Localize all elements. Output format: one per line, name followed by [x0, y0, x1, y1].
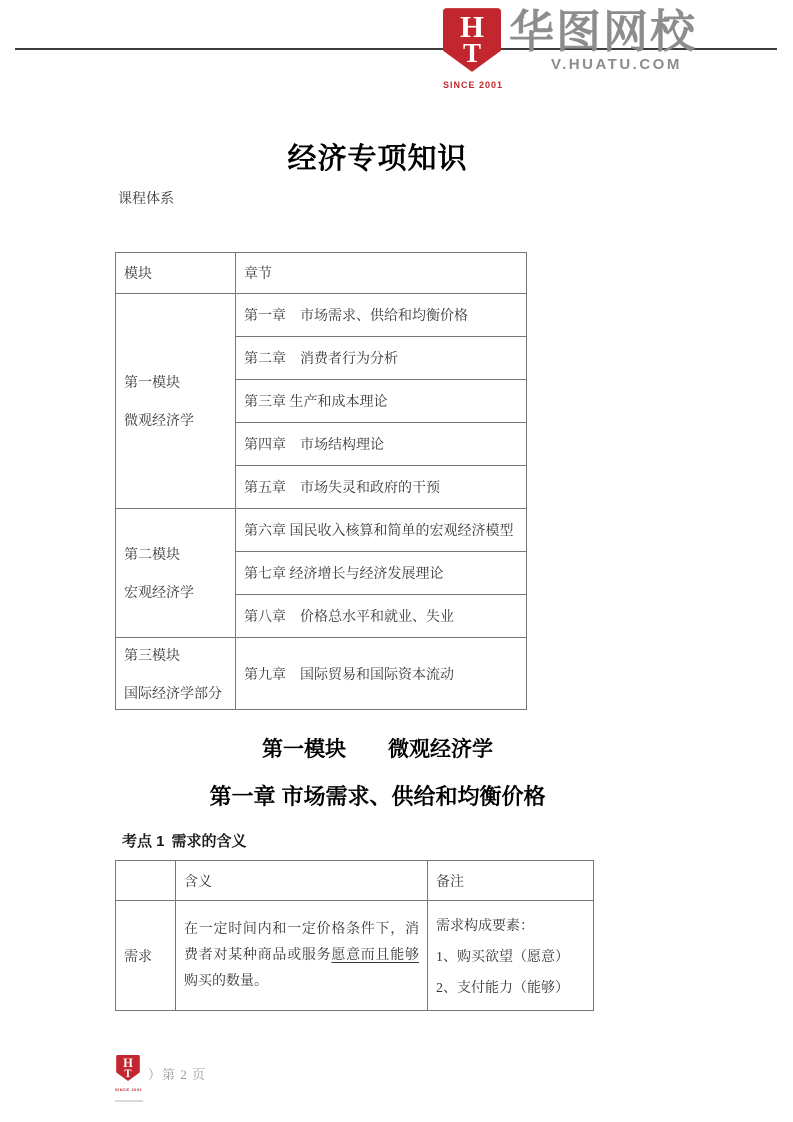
chapter-1-heading: 第一章 市场需求、供给和均衡价格 [115, 780, 640, 811]
brand-name: 华图网校 [509, 8, 697, 55]
footer-rule [115, 1100, 143, 1102]
logo-tagline: SINCE 2001 [443, 80, 501, 90]
header-empty [116, 861, 176, 901]
module-1-cell: 第一模块 微观经济学 [116, 294, 236, 509]
logo-letter-t: T [463, 38, 481, 68]
module-name: 微观经济学 [124, 410, 227, 430]
shield-icon: H T [443, 8, 501, 72]
header-meaning: 含义 [176, 861, 428, 901]
chapter-cell: 第九章 国际贸易和国际资本流动 [236, 638, 527, 710]
term-cell: 需求 [116, 901, 176, 1011]
chapter-cell: 第三章 生产和成本理论 [236, 380, 527, 423]
chapter-cell: 第五章 市场失灵和政府的干预 [236, 466, 527, 509]
curriculum-table: 模块 章节 第一模块 微观经济学 第一章 市场需求、供给和均衡价格 第二章 消费… [115, 252, 527, 710]
footer-separator: ） [148, 1067, 162, 1082]
header-note: 备注 [428, 861, 594, 901]
page-number: ）第 2 页 [148, 1064, 206, 1083]
table-row: 第三模块 国际经济学部分 第九章 国际贸易和国际资本流动 [116, 638, 527, 710]
header-module: 模块 [116, 253, 236, 294]
module-2-cell: 第二模块 宏观经济学 [116, 509, 236, 638]
table-row: 需求 在一定时间内和一定价格条件下，消费者对某种商品或服务愿意而且能够购买的数量… [116, 901, 594, 1011]
meaning-text: 购买的数量。 [184, 974, 268, 989]
table-header-row: 含义 备注 [116, 861, 594, 901]
chapter-cell: 第一章 市场需求、供给和均衡价格 [236, 294, 527, 337]
logo-wordmark: 华图网校 V.HUATU.COM [509, 8, 697, 73]
module-3-cell: 第三模块 国际经济学部分 [116, 638, 236, 710]
module-name: 第二模块 [124, 544, 227, 564]
shield-icon: H T [116, 1055, 140, 1081]
module-name: 第一模块 [124, 372, 227, 392]
chapter-cell: 第六章 国民收入核算和简单的宏观经济模型 [236, 509, 527, 552]
module-name: 国际经济学部分 [124, 683, 227, 703]
course-system-label: 课程体系 [118, 188, 174, 208]
keypoint-label: 考点 1 [122, 833, 165, 850]
footer-logo-tagline: SINCE 2001 [115, 1087, 141, 1092]
keypoint-title: 需求的含义 [172, 833, 247, 850]
chapter-cell: 第二章 消费者行为分析 [236, 337, 527, 380]
logo-letter-t: T [124, 1068, 132, 1080]
page-footer: H T SINCE 2001 ）第 2 页 [115, 1055, 206, 1092]
demand-table: 含义 备注 需求 在一定时间内和一定价格条件下，消费者对某种商品或服务愿意而且能… [115, 860, 594, 1011]
logo-shield: H T SINCE 2001 [443, 8, 501, 90]
table-row: 第二模块 宏观经济学 第六章 国民收入核算和简单的宏观经济模型 [116, 509, 527, 552]
chapter-cell: 第七章 经济增长与经济发展理论 [236, 552, 527, 595]
header-chapter: 章节 [236, 253, 527, 294]
page-number-label: 第 2 页 [162, 1067, 206, 1082]
meaning-cell: 在一定时间内和一定价格条件下，消费者对某种商品或服务愿意而且能够购买的数量。 [176, 901, 428, 1011]
note-cell: 需求构成要素： 1、购买欲望（愿意） 2、支付能力（能够） [428, 901, 594, 1011]
module-name: 第三模块 [124, 645, 227, 665]
keypoint-heading: 考点 1需求的含义 [122, 830, 247, 851]
document-page: H T SINCE 2001 华图网校 V.HUATU.COM 经济专项知识 课… [0, 0, 793, 1122]
chapter-cell: 第四章 市场结构理论 [236, 423, 527, 466]
table-header-row: 模块 章节 [116, 253, 527, 294]
table-row: 第一模块 微观经济学 第一章 市场需求、供给和均衡价格 [116, 294, 527, 337]
huatu-logo: H T SINCE 2001 华图网校 V.HUATU.COM [443, 8, 697, 90]
chapter-cell: 第八章 价格总水平和就业、失业 [236, 595, 527, 638]
footer-logo: H T SINCE 2001 [115, 1055, 141, 1092]
module-name: 宏观经济学 [124, 582, 227, 602]
note-line: 需求构成要素： [436, 915, 585, 935]
module-1-heading: 第一模块 微观经济学 [115, 733, 640, 763]
brand-domain: V.HUATU.COM [509, 56, 697, 73]
note-line: 1、购买欲望（愿意） [436, 946, 585, 966]
note-line: 2、支付能力（能够） [436, 977, 585, 997]
page-title: 经济专项知识 [115, 136, 640, 177]
meaning-underlined-text: 愿意而且能够 [331, 948, 419, 963]
